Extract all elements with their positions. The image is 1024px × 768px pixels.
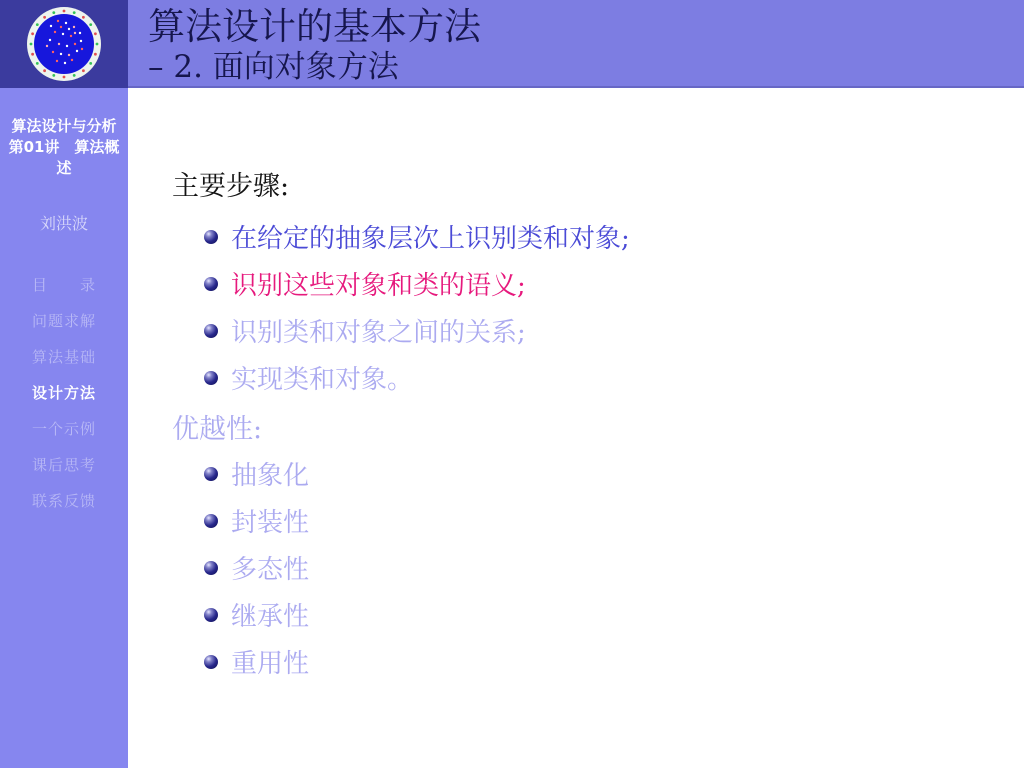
advantage-text: 多态性	[231, 549, 309, 586]
sidebar-item-problem[interactable]: 问题求解	[0, 314, 128, 329]
list-item: 实现类和对象。	[204, 354, 1024, 401]
ball-bullet-icon	[204, 608, 218, 622]
steps-heading: 主要步骤:	[172, 164, 1024, 203]
lecture-title: 第01讲 算法概述	[0, 137, 128, 179]
slide-body: 主要步骤: 在给定的抽象层次上识别类和对象; 识别这些对象和类的语义; 识别类和…	[128, 90, 1024, 768]
sidebar-item-example[interactable]: 一个示例	[0, 422, 128, 437]
course-title: 算法设计与分析	[0, 116, 128, 137]
advantages-heading: 优越性:	[172, 407, 1024, 446]
list-item: 在给定的抽象层次上识别类和对象;	[204, 213, 1024, 260]
ball-bullet-icon	[204, 230, 218, 244]
ball-bullet-icon	[204, 371, 218, 385]
list-item: 识别类和对象之间的关系;	[204, 307, 1024, 354]
ball-bullet-icon	[204, 655, 218, 669]
sidebar-item-basics[interactable]: 算法基础	[0, 350, 128, 365]
ball-bullet-icon	[204, 467, 218, 481]
sidebar-item-design[interactable]: 设计方法	[0, 386, 128, 401]
sidebar-item-toc[interactable]: 目 录	[0, 278, 128, 293]
ball-bullet-icon	[204, 324, 218, 338]
advantage-text: 继承性	[231, 596, 309, 633]
ball-bullet-icon	[204, 277, 218, 291]
step-text: 识别类和对象之间的关系;	[231, 312, 526, 349]
list-item: 重用性	[204, 638, 1024, 685]
step-text: 识别这些对象和类的语义;	[231, 265, 526, 302]
author-name: 刘洪波	[0, 211, 128, 234]
list-item: 封装性	[204, 497, 1024, 544]
step-text: 实现类和对象。	[231, 359, 413, 396]
presentation-slide: 算法设计的基本方法 – 2. 面向对象方法 算法设计与分析 第01讲 算法概述 …	[0, 0, 1024, 768]
list-item: 抽象化	[204, 450, 1024, 497]
logo-box	[0, 0, 128, 88]
university-seal-logo	[24, 4, 104, 84]
frame-title: 算法设计的基本方法	[148, 5, 1024, 49]
advantage-text: 封装性	[231, 502, 309, 539]
frame-subtitle: – 2. 面向对象方法	[148, 49, 1024, 86]
list-item: 多态性	[204, 544, 1024, 591]
sidebar: 算法设计与分析 第01讲 算法概述 刘洪波 目 录 问题求解 算法基础 设计方法…	[0, 88, 128, 768]
slide-header: 算法设计的基本方法 – 2. 面向对象方法	[128, 0, 1024, 88]
section-menu: 目 录 问题求解 算法基础 设计方法 一个示例 课后思考 联系反馈	[0, 278, 128, 509]
list-item: 继承性	[204, 591, 1024, 638]
sidebar-item-homework[interactable]: 课后思考	[0, 458, 128, 473]
advantage-text: 抽象化	[231, 455, 309, 492]
sidebar-item-feedback[interactable]: 联系反馈	[0, 494, 128, 509]
ball-bullet-icon	[204, 514, 218, 528]
advantage-text: 重用性	[231, 643, 309, 680]
step-text: 在给定的抽象层次上识别类和对象;	[231, 218, 630, 255]
list-item: 识别这些对象和类的语义;	[204, 260, 1024, 307]
ball-bullet-icon	[204, 561, 218, 575]
